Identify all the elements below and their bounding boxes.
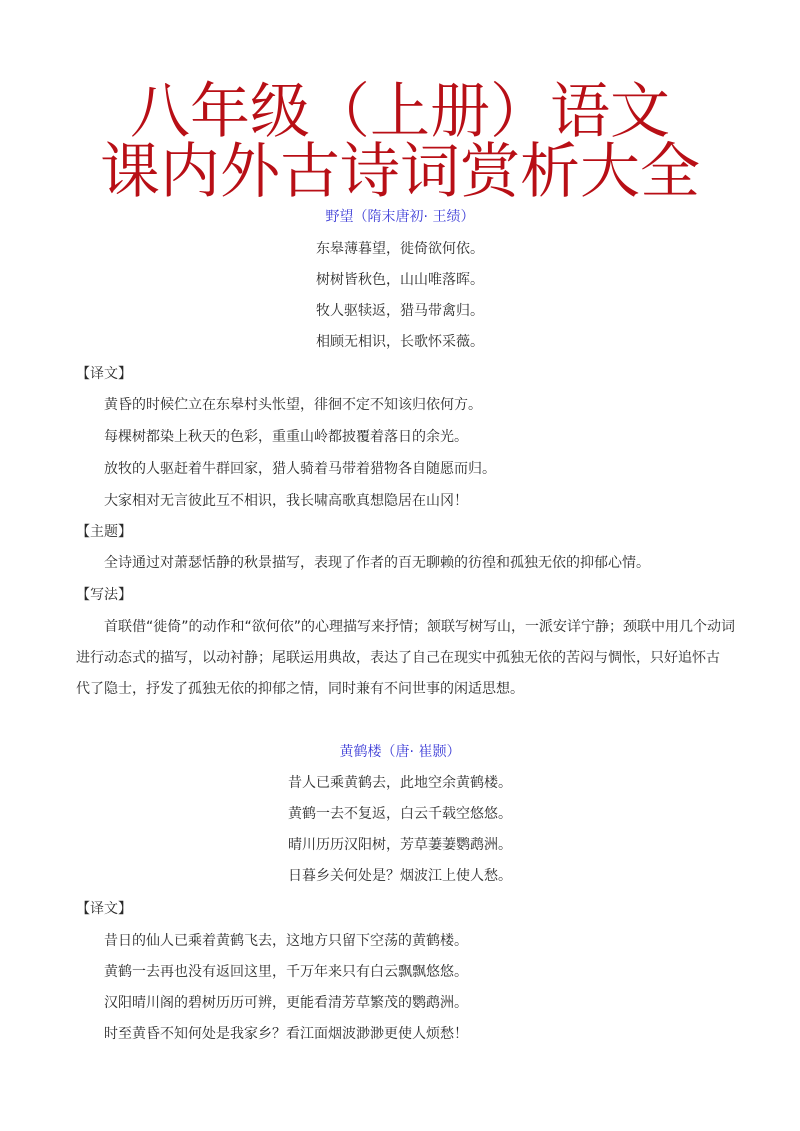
- poem-line: 晴川历历汉阳树，芳草萋萋鹦鹉洲。: [0, 835, 800, 855]
- poem-line: 东皋薄暮望，徙倚欲何依。: [0, 239, 800, 259]
- translation-line: 放牧的人驱赶着牛群回家，猎人骑着马带着猎物各自随愿而归。: [104, 459, 496, 479]
- translation-line: 汉阳晴川阁的碧树历历可辨，更能看清芳草繁茂的鹦鹉洲。: [104, 993, 468, 1013]
- document-page: 八年级（上册）语文 课内外古诗词赏析大全 野望（隋末唐初· 王绩） 东皋薄暮望，…: [0, 0, 800, 1131]
- theme-text: 全诗通过对萧瑟恬静的秋景描写，表现了作者的百无聊赖的彷徨和孤独无依的抑郁心情。: [104, 553, 650, 573]
- poem-line: 昔人已乘黄鹤去，此地空余黄鹤楼。: [0, 773, 800, 793]
- poem-line: 日暮乡关何处是？烟波江上使人愁。: [0, 866, 800, 886]
- poem-line: 黄鹤一去不复返，白云千载空悠悠。: [0, 804, 800, 824]
- translation-line: 昔日的仙人已乘着黄鹤飞去，这地方只留下空荡的黄鹤楼。: [104, 931, 468, 951]
- poem-line: 树树皆秋色，山山唯落晖。: [0, 270, 800, 290]
- technique-line: 代了隐士，抒发了孤独无依的抑郁之情，同时兼有不问世事的闲适思想。: [76, 679, 524, 699]
- translation-label: 【译文】: [76, 364, 132, 384]
- technique-line: 进行动态式的描写，以动衬静；尾联运用典故，表达了自己在现实中孤独无依的苦闷与惆怅…: [76, 648, 720, 668]
- translation-line: 黄昏的时候伫立在东皋村头怅望，徘徊不定不知该归依何方。: [104, 395, 482, 415]
- theme-label: 【主题】: [76, 522, 132, 542]
- translation-line: 每棵树都染上秋天的色彩，重重山岭都披覆着落日的余光。: [104, 427, 468, 447]
- poem-title: 黄鹤楼（唐· 崔颢）: [0, 742, 800, 762]
- translation-line: 大家相对无言彼此互不相识，我长啸高歌真想隐居在山冈！: [104, 491, 468, 511]
- translation-line: 黄鹤一去再也没有返回这里，千万年来只有白云飘飘悠悠。: [104, 962, 468, 982]
- technique-label: 【写法】: [76, 585, 132, 605]
- translation-line: 时至黄昏不知何处是我家乡？看江面烟波渺渺更使人烦愁！: [104, 1024, 468, 1044]
- poem-title: 野望（隋末唐初· 王绩）: [0, 207, 800, 227]
- poem-line: 牧人驱犊返，猎马带禽归。: [0, 301, 800, 321]
- translation-label: 【译文】: [76, 899, 132, 919]
- technique-line: 首联借“徙倚”的动作和“欲何依”的心理描写来抒情；颔联写树写山，一派安详宁静；颈…: [104, 617, 735, 637]
- document-title-line1: 八年级（上册）语文: [0, 80, 800, 144]
- document-title-line2: 课内外古诗词赏析大全: [0, 140, 800, 204]
- poem-line: 相顾无相识，长歌怀采薇。: [0, 332, 800, 352]
